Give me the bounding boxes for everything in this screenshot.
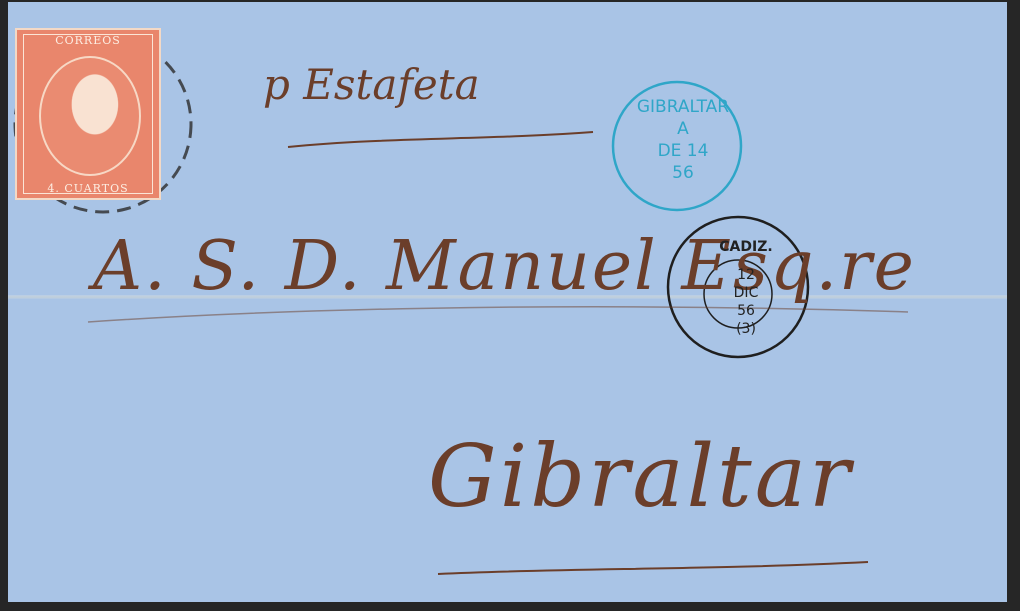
postmark-line: (3): [676, 320, 816, 338]
postmark-line: A: [618, 118, 748, 140]
stamp-top-text: CORREOS: [17, 34, 159, 47]
postal-cover: CORREOS 4. CUARTOS p Estafeta A. S. D. M…: [8, 2, 1007, 602]
stamp: CORREOS 4. CUARTOS: [15, 28, 161, 200]
postmark-gibraltar: GIBRALTAR A DE 14 56: [618, 82, 748, 212]
handwriting-via: p Estafeta: [263, 60, 480, 109]
handwriting-destination: Gibraltar: [428, 427, 853, 527]
postmark-line: GIBRALTAR: [618, 96, 748, 118]
stamp-portrait: [39, 56, 141, 176]
stamp-bottom-text: 4. CUARTOS: [17, 182, 159, 195]
postmark-cadiz: CADIZ. 12 DIC 56 (3): [676, 216, 816, 356]
postmark-line: 56: [676, 302, 816, 320]
postmark-line: DE 14: [618, 140, 748, 162]
postmark-line: 56: [618, 162, 748, 184]
postmark-line: CADIZ.: [676, 238, 816, 256]
postmark-line: DIC: [676, 284, 816, 302]
postmark-line: 12: [676, 266, 816, 284]
